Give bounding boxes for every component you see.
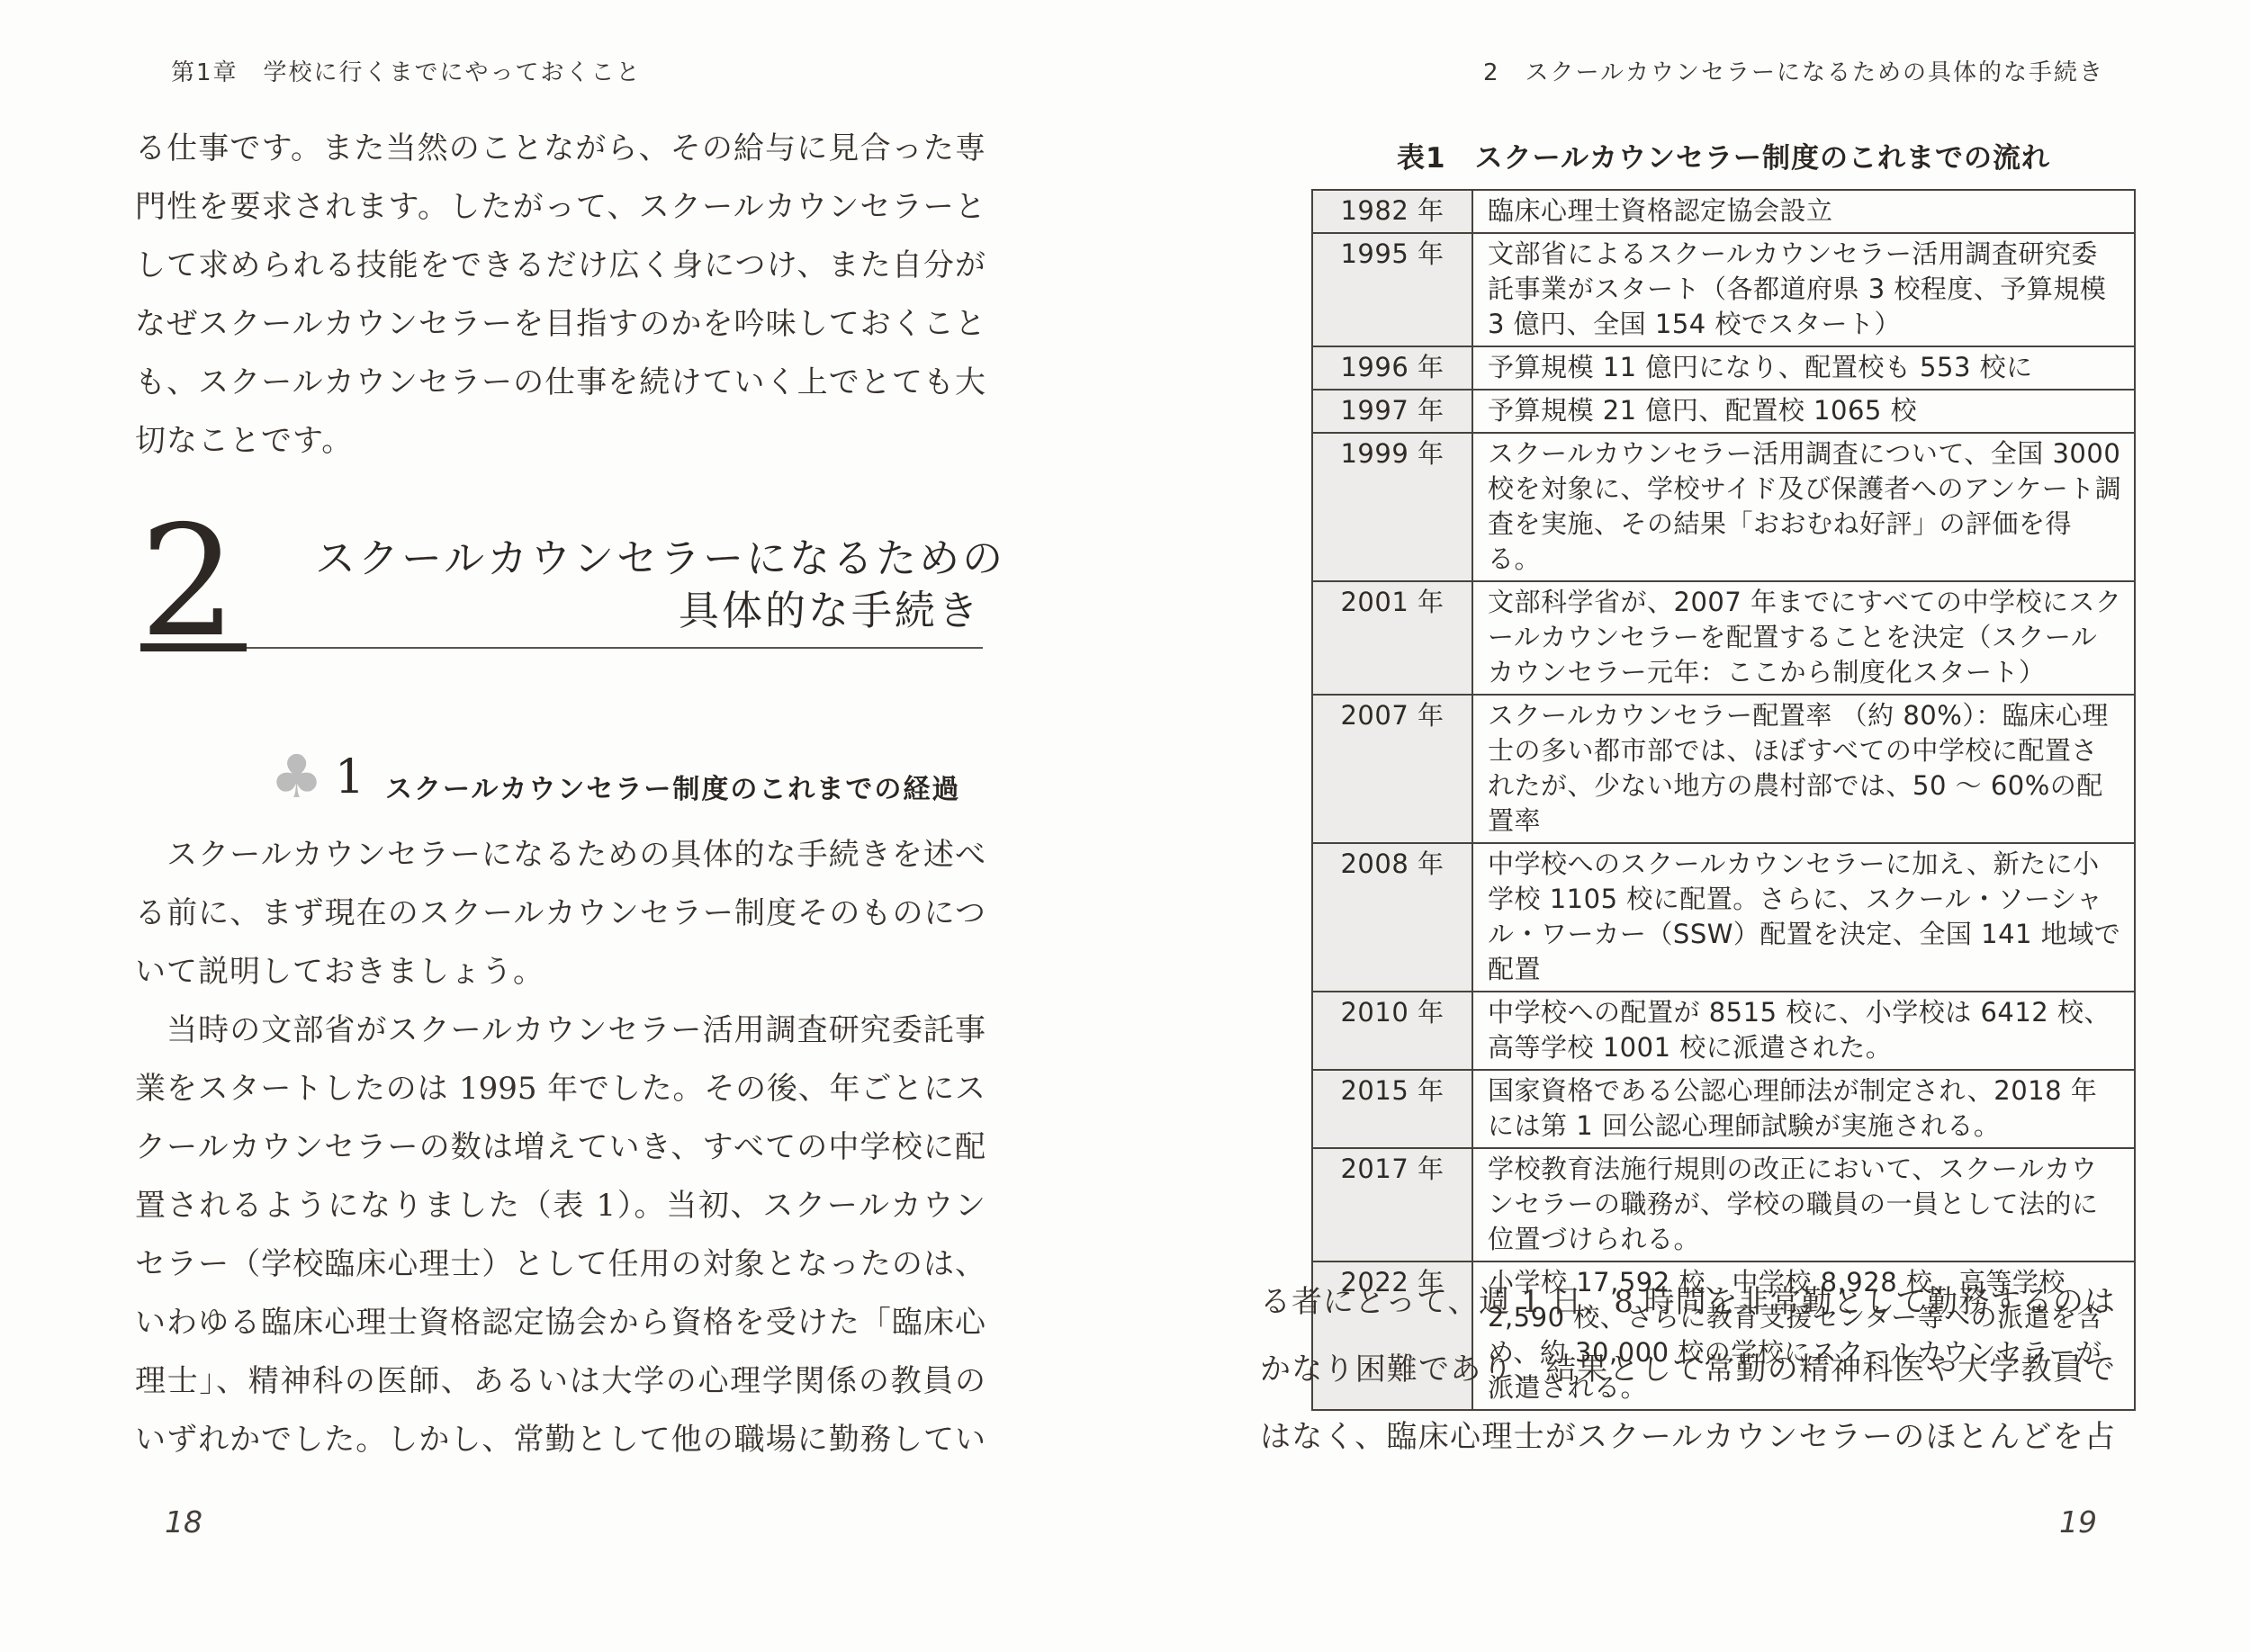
subsection-number: 1 bbox=[335, 754, 364, 801]
event-cell: 臨床心理士資格認定協会設立 bbox=[1472, 190, 2135, 233]
event-cell: 予算規模 11 億円になり、配置校も 553 校に bbox=[1472, 346, 2135, 390]
table-row: 2017 年 学校教育法施行規則の改正において、スクールカウンセラーの職務が、学… bbox=[1312, 1148, 2135, 1261]
left-running-head: 第1章 学校に行くまでにやっておくこと bbox=[171, 54, 642, 87]
body-text-line: る者にとって、週 1 日、8 時間を非常勤として勤務するのは bbox=[1260, 1269, 2115, 1336]
year-cell: 1997 年 bbox=[1312, 390, 1472, 433]
body-text-line: る前に、まず現在のスクールカウンセラー制度そのものにつ bbox=[135, 884, 985, 943]
body-text-line: いわゆる臨床心理士資格認定協会から資格を受けた「臨床心 bbox=[135, 1294, 985, 1352]
year-cell: 2001 年 bbox=[1312, 581, 1472, 695]
year-cell: 1996 年 bbox=[1312, 346, 1472, 390]
table-caption: 表1 スクールカウンセラー制度のこれまでの流れ bbox=[1311, 135, 2136, 175]
event-cell: 予算規模 21 億円、配置校 1065 校 bbox=[1472, 390, 2135, 433]
event-cell: 文部科学省が、2007 年までにすべての中学校にスクールカウンセラーを配置するこ… bbox=[1472, 581, 2135, 695]
year-cell: 1999 年 bbox=[1312, 433, 1472, 581]
club-icon: ♣ bbox=[270, 748, 323, 807]
section-title: スクールカウンセラーになるための 具体的な手続き bbox=[315, 533, 981, 637]
event-cell: 学校教育法施行規則の改正において、スクールカウンセラーの職務が、学校の職員の一員… bbox=[1472, 1148, 2135, 1261]
body-text-line: 当時の文部省がスクールカウンセラー活用調査研究委託事 bbox=[135, 1001, 985, 1060]
right-running-head: 2 スクールカウンセラーになるための具体的な手続き bbox=[1483, 54, 2104, 87]
body-text-line: る仕事です。また当然のことながら、その給与に見合った専 bbox=[135, 120, 985, 178]
table-row: 1996 年 予算規模 11 億円になり、配置校も 553 校に bbox=[1312, 346, 2135, 390]
body-text-line: セラー（学校臨床心理士）として任用の対象となったのは、 bbox=[135, 1235, 985, 1294]
event-cell: スクールカウンセラー活用調査について、全国 3000 校を対象に、学校サイド及び… bbox=[1472, 433, 2135, 581]
table-row: 2008 年 中学校へのスクールカウンセラーに加え、新たに小学校 1105 校に… bbox=[1312, 843, 2135, 992]
year-cell: 2017 年 bbox=[1312, 1148, 1472, 1261]
body-text-line: 切なことです。 bbox=[135, 412, 985, 471]
sc-history-table: 1982 年 臨床心理士資格認定協会設立 1995 年 文部省によるスクールカウ… bbox=[1311, 189, 2136, 1411]
body-text-line: 理士」、精神科の医師、あるいは大学の心理学関係の教員の bbox=[135, 1352, 985, 1411]
section-rule-thick bbox=[140, 643, 247, 651]
section-title-line2: 具体的な手続き bbox=[315, 585, 981, 637]
table-row: 2001 年 文部科学省が、2007 年までにすべての中学校にスクールカウンセラ… bbox=[1312, 581, 2135, 695]
body-text-line: クールカウンセラーの数は増えていき、すべての中学校に配 bbox=[135, 1118, 985, 1177]
event-cell: 中学校へのスクールカウンセラーに加え、新たに小学校 1105 校に配置。さらに、… bbox=[1472, 843, 2135, 992]
table-row: 2010 年 中学校への配置が 8515 校に、小学校は 6412 校、高等学校… bbox=[1312, 992, 2135, 1070]
body-text-line: 門性を要求されます。したがって、スクールカウンセラーと bbox=[135, 178, 985, 237]
body-text-line: スクールカウンセラーになるための具体的な手続きを述べ bbox=[135, 826, 985, 884]
body-text-line: なぜスクールカウンセラーを目指すのかを吟味しておくこと bbox=[135, 295, 985, 354]
event-cell: 中学校への配置が 8515 校に、小学校は 6412 校、高等学校 1001 校… bbox=[1472, 992, 2135, 1070]
table-row: 1999 年 スクールカウンセラー活用調査について、全国 3000 校を対象に、… bbox=[1312, 433, 2135, 581]
section-title-line1: スクールカウンセラーになるための bbox=[315, 533, 981, 585]
subsection-title: スクールカウンセラー制度のこれまでの経過 bbox=[385, 767, 960, 806]
body-text-line: して求められる技能をできるだけ広く身につけ、また自分が bbox=[135, 237, 985, 295]
event-cell: スクールカウンセラー配置率 （約 80%）：臨床心理士の多い都市部では、ほぼすべ… bbox=[1472, 695, 2135, 843]
body-text-line: 業をスタートしたのは 1995 年でした。その後、年ごとにス bbox=[135, 1060, 985, 1118]
body-text-line: かなり困難であり、結果として常勤の精神科医や大学教員で bbox=[1260, 1336, 2115, 1404]
table-row: 1982 年 臨床心理士資格認定協会設立 bbox=[1312, 190, 2135, 233]
event-cell: 文部省によるスクールカウンセラー活用調査研究委託事業がスタート（各都道府県 3 … bbox=[1472, 233, 2135, 346]
table-row: 2015 年 国家資格である公認心理師法が制定され、2018 年には第 1 回公… bbox=[1312, 1070, 2135, 1148]
paragraph-2: スクールカウンセラーになるための具体的な手続きを述べ る前に、まず現在のスクール… bbox=[135, 826, 985, 1469]
table-row: 1995 年 文部省によるスクールカウンセラー活用調査研究委託事業がスタート（各… bbox=[1312, 233, 2135, 346]
year-cell: 2010 年 bbox=[1312, 992, 1472, 1070]
year-cell: 1995 年 bbox=[1312, 233, 1472, 346]
section-number: 2 bbox=[139, 515, 237, 650]
table-row: 2007 年 スクールカウンセラー配置率 （約 80%）：臨床心理士の多い都市部… bbox=[1312, 695, 2135, 843]
body-text-line: も、スクールカウンセラーの仕事を続けていく上でとても大 bbox=[135, 354, 985, 412]
table-row: 1997 年 予算規模 21 億円、配置校 1065 校 bbox=[1312, 390, 2135, 433]
body-text-line: 置されるようになりました（表 1）。当初、スクールカウン bbox=[135, 1177, 985, 1235]
body-text-line: いて説明しておきましょう。 bbox=[135, 943, 985, 1001]
section-rule-thin bbox=[247, 647, 983, 649]
body-text-line: いずれかでした。しかし、常勤として他の職場に勤務してい bbox=[135, 1411, 985, 1469]
page-number-left: 18 bbox=[165, 1504, 202, 1540]
body-text-line: はなく、臨床心理士がスクールカウンセラーのほとんどを占 bbox=[1260, 1404, 2115, 1471]
year-cell: 2008 年 bbox=[1312, 843, 1472, 992]
paragraph-1: る仕事です。また当然のことながら、その給与に見合った専 門性を要求されます。した… bbox=[135, 120, 985, 471]
page-number-right: 19 bbox=[2059, 1504, 2097, 1540]
year-cell: 2007 年 bbox=[1312, 695, 1472, 843]
event-cell: 国家資格である公認心理師法が制定され、2018 年には第 1 回公認心理師試験が… bbox=[1472, 1070, 2135, 1148]
year-cell: 1982 年 bbox=[1312, 190, 1472, 233]
year-cell: 2015 年 bbox=[1312, 1070, 1472, 1148]
paragraph-right: る者にとって、週 1 日、8 時間を非常勤として勤務するのは かなり困難であり、… bbox=[1260, 1269, 2115, 1471]
book-spread: 第1章 学校に行くまでにやっておくこと る仕事です。また当然のことながら、その給… bbox=[0, 0, 2250, 1652]
